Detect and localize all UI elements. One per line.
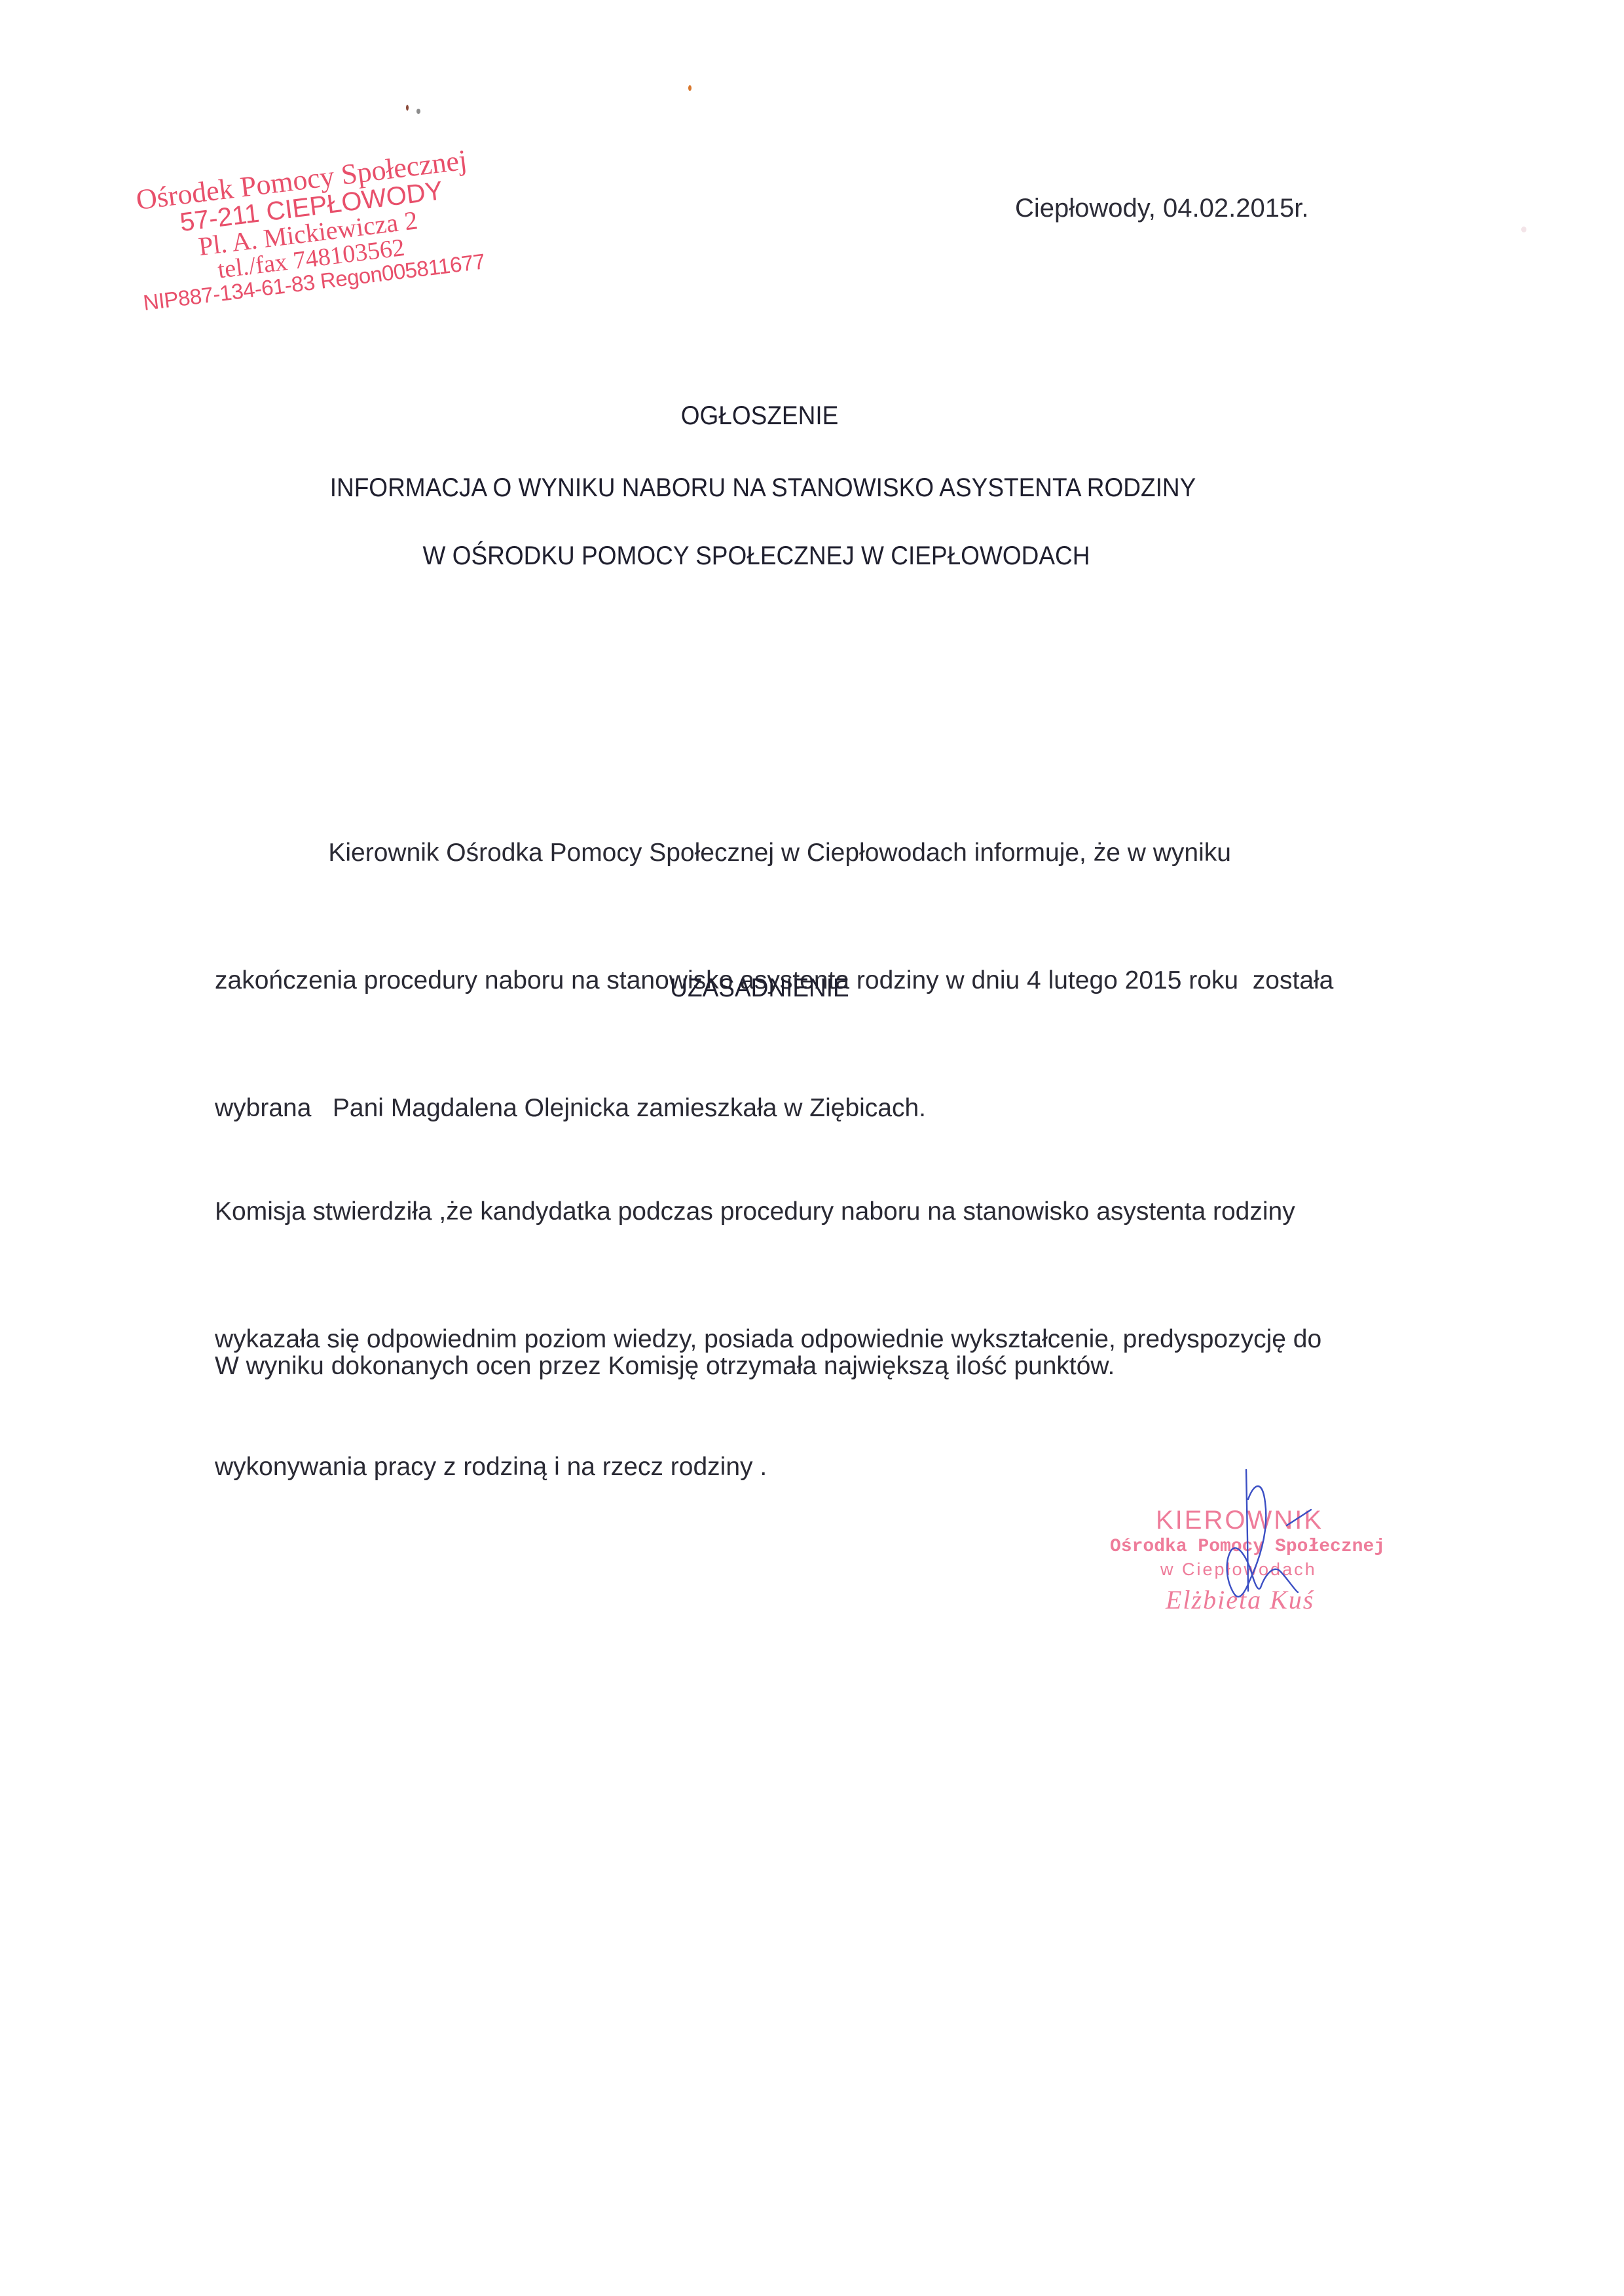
- manager-stamp-institution: Ośrodka Pomocy Społecznej: [1110, 1537, 1385, 1557]
- manager-stamp: KIEROWNIK Ośrodka Pomocy Społecznej w Ci…: [1087, 1453, 1428, 1637]
- text-line: W wyniku dokonanych ocen przez Komisję o…: [215, 1345, 1498, 1387]
- manager-stamp-title: KIEROWNIK: [1156, 1506, 1323, 1535]
- institution-stamp: Ośrodek Pomocy Społecznej 57-211 CIEPŁOW…: [105, 142, 510, 317]
- text-line: Komisja stwierdziła ,że kandydatka podcz…: [215, 1190, 1498, 1233]
- justification-heading: UZASADNIENIE: [0, 973, 1572, 1002]
- scan-speck: [1521, 227, 1526, 232]
- document-page: Ośrodek Pomocy Społecznej 57-211 CIEPŁOW…: [0, 0, 1624, 2296]
- place-date: Ciepłowody, 04.02.2015r.: [1015, 194, 1308, 223]
- announcement-heading: OGŁOSZENIE: [0, 401, 1572, 430]
- scan-speck: [406, 105, 409, 111]
- subject-heading: INFORMACJA O WYNIKU NABORU NA STANOWISKO…: [0, 473, 1575, 502]
- scan-speck: [416, 109, 420, 114]
- manager-stamp-location: w Ciepłowodach: [1160, 1559, 1317, 1580]
- text-line: Kierownik Ośrodka Pomocy Społecznej w Ci…: [215, 831, 1498, 874]
- scan-speck: [688, 85, 692, 91]
- score-paragraph: W wyniku dokonanych ocen przez Komisję o…: [215, 1260, 1498, 1472]
- institution-heading: W OŚRODKU POMOCY SPOŁECZNEJ W CIEPŁOWODA…: [0, 541, 1568, 570]
- manager-stamp-name: Elżbieta Kuś: [1166, 1584, 1314, 1615]
